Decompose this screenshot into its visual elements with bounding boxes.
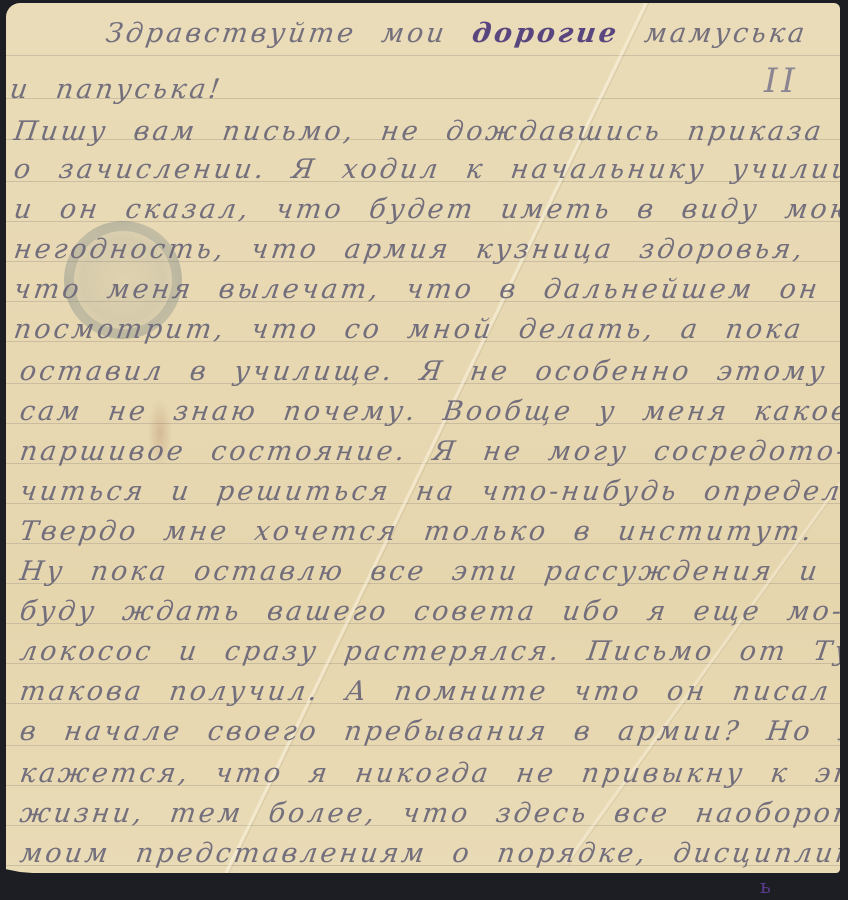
corner-ink-mark: ь xyxy=(760,874,771,898)
greeting-text: Здравствуйте мои xyxy=(104,18,475,49)
greeting-tail: мамуська xyxy=(617,18,810,49)
letter-line: что меня вылечат, что в дальнейшем он xyxy=(12,273,823,307)
letter-line: Пишу вам письмо, не дождавшись приказа xyxy=(12,115,827,149)
letter-line: Ну пока оставлю все эти рассуждения и xyxy=(18,555,823,589)
greeting-accent-word: дорогие xyxy=(470,18,621,49)
letter-line: буду ждать вашего совета ибо я еще мо- xyxy=(18,595,840,629)
letter-line: жизни, тем более, что здесь все наоборот xyxy=(18,797,840,831)
letter-line: сам не знаю почему. Вообще у меня какое-… xyxy=(18,395,840,429)
letter-line: оставил в училище. Я не особенно этому р… xyxy=(18,355,840,389)
letter-line: Твердо мне хочется только в институт. xyxy=(18,515,817,549)
page-marker: II xyxy=(764,61,799,101)
letter-line: паршивое состояние. Я не могу сосредото- xyxy=(18,435,840,469)
letter-line: локосос и сразу растерялся. Письмо от Ту… xyxy=(18,635,840,669)
letter-line: и он сказал, что будет иметь в виду мою xyxy=(12,193,840,227)
letter-line: такова получил. А помните что он писал xyxy=(18,675,834,709)
letter-line: и папуська! xyxy=(8,73,225,107)
scanned-letter: II Здравствуйте мои дорогие мамуська и п… xyxy=(0,0,848,900)
letter-line: о зачислении. Я ходил к начальнику учили… xyxy=(12,153,840,187)
ruled-line xyxy=(6,55,840,56)
letter-line: в начале своего пребывания в армии? Но м… xyxy=(18,715,840,749)
letter-line: посмотрит, что со мной делать, а пока xyxy=(12,313,806,347)
letter-line: моим представлениям о порядке, дисциплин… xyxy=(18,837,840,871)
letter-line: кажется, что я никогда не привыкну к это… xyxy=(18,757,840,791)
letter-line-greeting: Здравствуйте мои дорогие мамуська xyxy=(104,17,810,51)
paper-sheet: II Здравствуйте мои дорогие мамуська и п… xyxy=(6,3,840,873)
letter-line: негодность, что армия кузница здоровья, xyxy=(12,233,808,267)
letter-line: читься и решиться на что-нибудь определе… xyxy=(18,475,840,509)
